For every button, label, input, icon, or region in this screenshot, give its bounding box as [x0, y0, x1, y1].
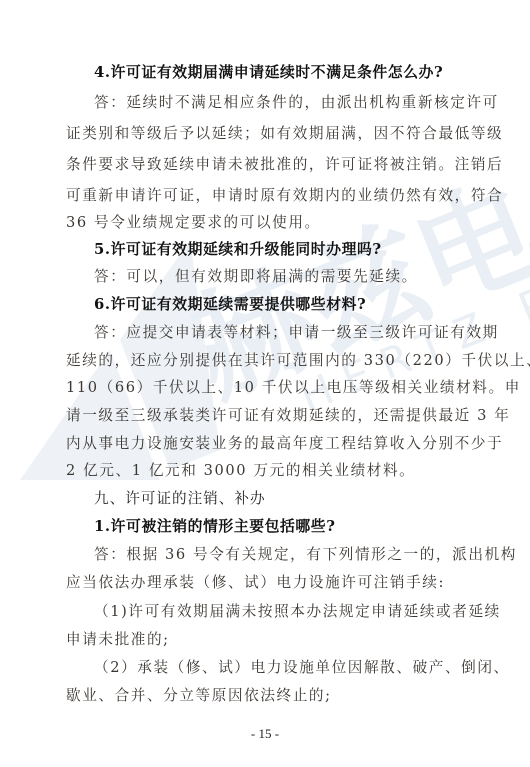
- answer-text: 答：根据 36 号令有关规定，有下列情形之一的，派出机构: [94, 545, 494, 565]
- list-item-1: （1)许可有效期届满未按照本办法规定申请延续或者延续: [94, 602, 494, 622]
- answer-text: 可重新申请许可证，申请时原有效期内的业绩仍然有效，符合: [66, 186, 466, 206]
- question-heading-6: 6.许可证有效期延续需要提供哪些材料?: [94, 295, 494, 315]
- question-heading-5: 5.许可证有效期延续和升级能同时办理吗?: [94, 240, 494, 260]
- answer-text: 答：应提交申请表等材料；申请一级至三级许可证有效期: [94, 323, 494, 343]
- answer-text: 请一级至三级承装类许可证有效期延续的，还需提供最近 3 年: [66, 406, 466, 426]
- answer-text: 延续的，还应分别提供在其许可范围内的 330（220）千伏以上、: [66, 351, 466, 371]
- document-page: 赫兹电力 HERTZ POWER 4.许可证有效期届满申请延续时不满足条件怎么办…: [0, 0, 530, 767]
- answer-text: 36 号令业绩规定要求的可以使用。: [66, 213, 466, 233]
- question-heading-4: 4.许可证有效期届满申请延续时不满足条件怎么办?: [94, 63, 494, 83]
- answer-text: 2 亿元、1 亿元和 3000 万元的相关业绩材料。: [66, 461, 466, 481]
- answer-text: 条件要求导致延续申请未被批准的，许可证将被注销。注销后: [66, 155, 466, 175]
- page-number: - 15 -: [0, 726, 530, 742]
- list-item-2: （2）承装（修、试）电力设施单位因解散、破产、倒闭、: [94, 658, 494, 678]
- answer-text: 内从事电力设施安装业务的最高年度工程结算收入分别不少于: [66, 434, 466, 454]
- answer-text: 答：可以，但有效期即将届满的需要先延续。: [94, 267, 494, 287]
- list-item-1-cont: 申请未批准的;: [66, 630, 466, 650]
- question-heading-1: 1.许可被注销的情形主要包括哪些?: [94, 517, 494, 537]
- list-item-2-cont: 歇业、合并、分立等原因依法终止的;: [66, 686, 466, 706]
- section-heading: 九、许可证的注销、补办: [94, 489, 494, 509]
- answer-text: 答：延续时不满足相应条件的，由派出机构重新核定许可: [94, 93, 494, 113]
- answer-text: 应当依法办理承装（修、试）电力设施许可注销手续:: [66, 573, 466, 593]
- answer-text: 证类别和等级后予以延续；如有效期届满，因不符合最低等级: [66, 124, 466, 144]
- answer-text: 110（66）千伏以上、10 千伏以上电压等级相关业绩材料。申: [66, 378, 466, 398]
